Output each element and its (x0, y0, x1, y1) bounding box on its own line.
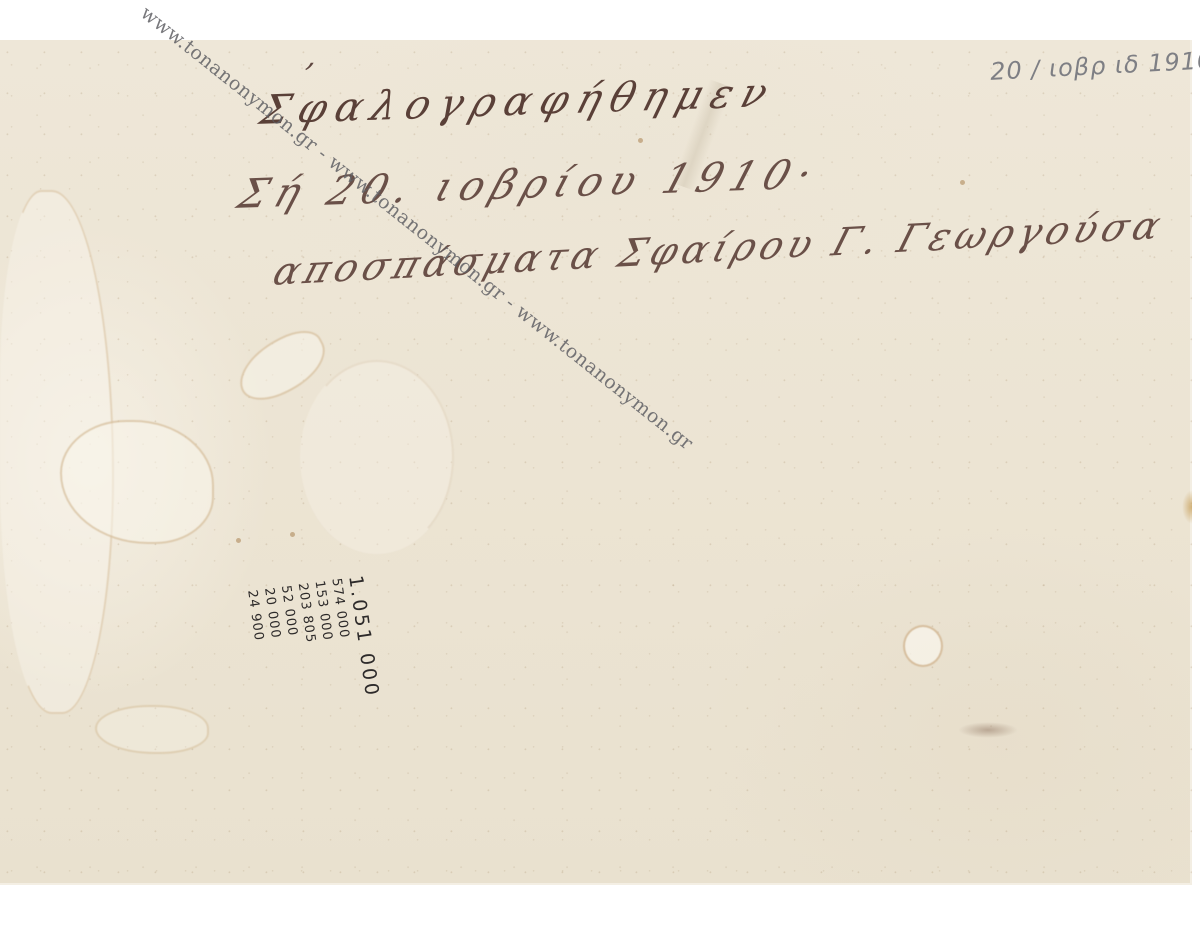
water-stain (903, 625, 943, 667)
foxing-spot (290, 532, 295, 537)
ink-smudge (958, 722, 1018, 738)
edge-damage (1182, 490, 1192, 524)
foxing-spot (638, 138, 643, 143)
number-column: 1.051 000574 000153 000203 80552 00020 0… (243, 574, 383, 714)
water-stain (300, 360, 454, 554)
water-stain (95, 705, 209, 754)
pencil-number-list: 1.051 000574 000153 000203 80552 00020 0… (236, 566, 366, 696)
foxing-spot (960, 180, 965, 185)
foxing-spot (236, 538, 241, 543)
